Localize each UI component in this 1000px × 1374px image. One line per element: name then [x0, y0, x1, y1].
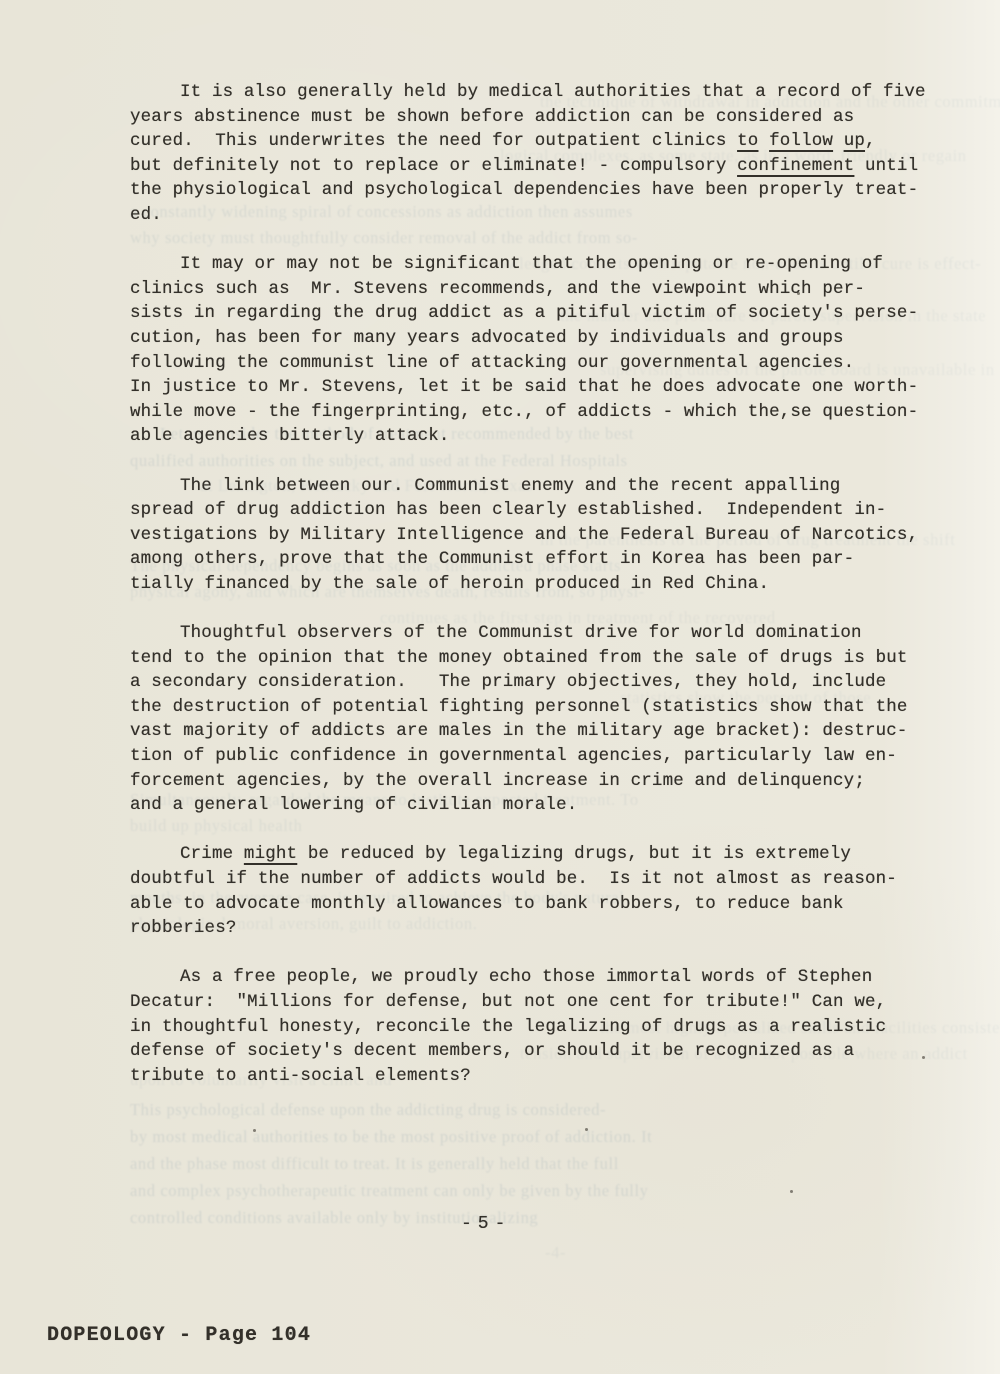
text-line: vast majority of addicts are males in th… — [130, 719, 1000, 744]
text-segment: but definitely not to replace or elimina… — [130, 156, 737, 176]
text-segment: cution, has been for many years advocate… — [130, 328, 844, 348]
text-line: following the communist line of attackin… — [130, 351, 1000, 376]
bleedthrough-text: by most medical authorities to be the mo… — [130, 1127, 652, 1147]
text-segment: sists in regarding the drug addict as a … — [130, 303, 918, 323]
text-segment: in thoughtful honesty, reconcile the leg… — [130, 1017, 886, 1037]
text-line: doubtful if the number of addicts would … — [130, 867, 1000, 892]
text-segment: spread of drug addiction has been clearl… — [130, 500, 886, 520]
text-line: able to advocate monthly allowances to b… — [130, 892, 1000, 917]
paragraph: As a free people, we proudly echo those … — [130, 965, 1000, 1088]
text-segment: Decatur: "Millions for defense, but not … — [130, 992, 886, 1012]
text-segment: vast majority of addicts are males in th… — [130, 721, 908, 741]
text-line: In justice to Mr. Stevens, let it be sai… — [130, 375, 1000, 400]
text-segment: It may or may not be significant that th… — [180, 254, 883, 274]
text-segment: be reduced by legalizing drugs, but it i… — [297, 844, 851, 864]
text-segment: ed. — [130, 205, 162, 225]
text-segment: and a general lowering of civilian moral… — [130, 795, 577, 815]
text-segment: tion of public confidence in governmenta… — [130, 746, 897, 766]
text-line: vestigations by Military Intelligence an… — [130, 523, 1000, 548]
underlined-text: confinement — [737, 156, 854, 176]
text-segment: able agencies bitterly attack. — [130, 426, 450, 446]
text-line: As a free people, we proudly echo those … — [130, 965, 1000, 990]
underlined-text: up — [844, 131, 865, 151]
text-line: years abstinence must be shown before ad… — [130, 105, 1000, 130]
text-line: able agencies bitterly attack. — [130, 424, 1000, 449]
scan-speck — [790, 1190, 793, 1193]
text-segment — [833, 131, 844, 151]
text-segment: It is also generally held by medical aut… — [180, 82, 926, 102]
text-line: the physiological and psychological depe… — [130, 178, 1000, 203]
text-line: It may or may not be significant that th… — [130, 252, 1000, 277]
text-segment: the destruction of potential fighting pe… — [130, 697, 908, 717]
page-number: -5- — [461, 1214, 511, 1234]
text-line: tially financed by the sale of heroin pr… — [130, 572, 1000, 597]
text-line: robberies? — [130, 916, 1000, 941]
text-segment: tially financed by the sale of heroin pr… — [130, 574, 769, 594]
bleedthrough-text: and complex psychotherapeutic treatment … — [130, 1181, 649, 1201]
text-segment: able to advocate monthly allowances to b… — [130, 894, 844, 914]
text-line: Crime might be reduced by legalizing dru… — [130, 842, 1000, 867]
text-line: while move - the fingerprinting, etc., o… — [130, 400, 1000, 425]
text-line: the destruction of potential fighting pe… — [130, 695, 1000, 720]
text-line: Thoughtful observers of the Communist dr… — [130, 621, 1000, 646]
paragraph: Crime might be reduced by legalizing dru… — [130, 842, 1000, 940]
text-line: The link between our. Communist enemy an… — [130, 474, 1000, 499]
text-segment: The link between our. Communist enemy an… — [180, 476, 840, 496]
text-segment: vestigations by Military Intelligence an… — [130, 525, 918, 545]
text-segment: while move - the fingerprinting, etc., o… — [130, 402, 918, 422]
text-line: in thoughtful honesty, reconcile the leg… — [130, 1015, 1000, 1040]
text-line: a secondary consideration. The primary o… — [130, 670, 1000, 695]
text-segment: cured. This underwrites the need for out… — [130, 131, 737, 151]
text-segment: tribute to anti-social elements? — [130, 1066, 471, 1086]
paragraph: Thoughtful observers of the Communist dr… — [130, 621, 1000, 818]
text-segment: tend to the opinion that the money obtai… — [130, 648, 908, 668]
text-segment: clinics such as Mr. Stevens recommends, … — [130, 279, 865, 299]
paragraph: The link between our. Communist enemy an… — [130, 474, 1000, 597]
text-segment: until — [854, 156, 918, 176]
text-segment: a secondary consideration. The primary o… — [130, 672, 886, 692]
text-line: sists in regarding the drug addict as a … — [130, 301, 1000, 326]
text-line: cution, has been for many years advocate… — [130, 326, 1000, 351]
text-segment: doubtful if the number of addicts would … — [130, 869, 897, 889]
text-line: and a general lowering of civilian moral… — [130, 793, 1000, 818]
text-line: forcement agencies, by the overall incre… — [130, 769, 1000, 794]
text-segment: robberies? — [130, 918, 237, 938]
text-line: Decatur: "Millions for defense, but not … — [130, 990, 1000, 1015]
scan-speck — [585, 1128, 588, 1131]
text-segment: As a free people, we proudly echo those … — [180, 967, 872, 987]
text-body: It is also generally held by medical aut… — [0, 80, 1000, 1113]
text-line: It is also generally held by medical aut… — [130, 80, 1000, 105]
bleedthrough-text: and the phase most difficult to treat. I… — [130, 1154, 619, 1174]
underlined-text: might — [244, 844, 297, 864]
text-segment — [758, 131, 769, 151]
text-line: but definitely not to replace or elimina… — [130, 154, 1000, 179]
text-segment: years abstinence must be shown before ad… — [130, 107, 854, 127]
bleedthrough-text: -4- — [545, 1243, 566, 1263]
text-segment: , — [865, 131, 876, 151]
paragraph: It may or may not be significant that th… — [130, 252, 1000, 449]
underlined-text: to — [737, 131, 758, 151]
text-line: defense of society's decent members, or … — [130, 1039, 1000, 1064]
scanned-document-page: the technique of withdrawal in addiction… — [0, 0, 1000, 1374]
text-segment: following the communist line of attackin… — [130, 353, 854, 373]
text-segment: Thoughtful observers of the Communist dr… — [180, 623, 862, 643]
text-segment: the physiological and psychological depe… — [130, 180, 918, 200]
footer-label: DOPEOLOGY - Page 104 — [47, 1324, 311, 1347]
text-line: tion of public confidence in governmenta… — [130, 744, 1000, 769]
text-segment: defense of society's decent members, or … — [130, 1041, 854, 1061]
paragraph: It is also generally held by medical aut… — [130, 80, 1000, 228]
text-line: spread of drug addiction has been clearl… — [130, 498, 1000, 523]
text-line: clinics such as Mr. Stevens recommends, … — [130, 277, 1000, 302]
text-line: cured. This underwrites the need for out… — [130, 129, 1000, 154]
text-line: ed. — [130, 203, 1000, 228]
underlined-text: follow — [769, 131, 833, 151]
text-segment: In justice to Mr. Stevens, let it be sai… — [130, 377, 918, 397]
text-segment: among others, prove that the Communist e… — [130, 549, 854, 569]
text-line: among others, prove that the Communist e… — [130, 547, 1000, 572]
text-line: tend to the opinion that the money obtai… — [130, 646, 1000, 671]
text-segment: forcement agencies, by the overall incre… — [130, 771, 865, 791]
text-line: tribute to anti-social elements? — [130, 1064, 1000, 1089]
scan-speck — [253, 1129, 256, 1132]
text-segment: Crime — [180, 844, 244, 864]
